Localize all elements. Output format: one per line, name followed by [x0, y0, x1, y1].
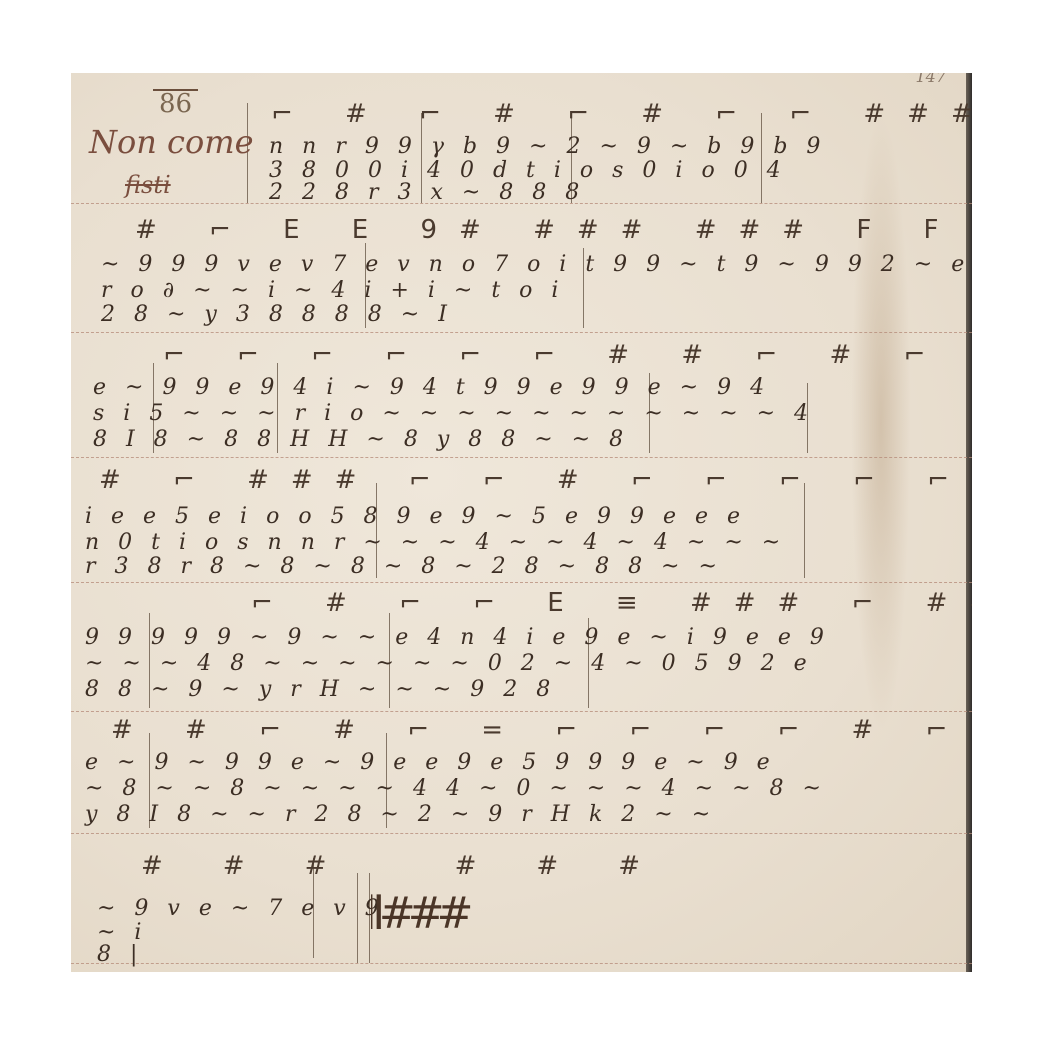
tablature-row: e ~ 9 9 e 9 4 i ~ 9 4 t 9 9 e 9 9 e ~ 9 …	[93, 376, 770, 400]
rhythm-signs: # # ⌐ # ⌐ = ⌐ ⌐ ⌐ ⌐ # ⌐ ⌐ ###	[111, 715, 972, 745]
tablature-row: ~ 8 ~ ~ 8 ~ ~ ~ ~ 4 4 ~ 0 ~ ~ ~ 4 ~ ~ 8 …	[85, 777, 827, 801]
tablature-row: s i 5 ~ ~ ~ r i o ~ ~ ~ ~ ~ ~ ~ ~ ~ ~ ~ …	[93, 402, 814, 426]
rhythm-signs: ⌐ ⌐ ⌐ ⌐ ⌐ ⌐ # # ⌐ # ⌐ ⌐ ⌐ ⌐ ⌐ ⌐ ⌐	[163, 340, 972, 370]
tablature-row: r o ∂ ~ ~ i ~ 4 i + i ~ t o i	[101, 279, 564, 303]
ruled-line	[71, 457, 972, 458]
manuscript-page: 86 Non come fisti 147 ⌐ # ⌐ # ⌐ # ⌐ ⌐ ##…	[71, 73, 972, 972]
tablature-row: ~ 9 9 9 v e v 7 e v n o 7 o i t 9 9 ~ t …	[101, 253, 970, 277]
piece-number: 86	[153, 89, 198, 117]
tablature-row: 8 I 8 ~ 8 8 H H ~ 8 y 8 8 ~ ~ 8	[93, 428, 629, 452]
tablature-row: y 8 I 8 ~ ~ r 2 8 ~ 2 ~ 9 r H k 2 ~ ~	[85, 803, 716, 827]
tablature-row: r 3 8 r 8 ~ 8 ~ 8 ~ 8 ~ 2 8 ~ 8 8 ~ ~	[85, 555, 723, 579]
water-stain	[851, 113, 911, 733]
ruled-line	[71, 833, 972, 834]
rhythm-signs: # ⌐ E E 9# ### ### F F ⌐	[135, 215, 972, 245]
ruled-line	[71, 332, 972, 333]
tablature-row: 8 |	[97, 943, 143, 967]
tablature-row: e ~ 9 ~ 9 9 e ~ 9 e e 9 e 5 9 9 9 e ~ 9 …	[85, 751, 776, 775]
tablature-row: 2 8 ~ y 3 8 8 8 8 ~ I	[101, 303, 453, 327]
ruled-line	[71, 582, 972, 583]
rhythm-signs: # ⌐ ### ⌐ ⌐ # ⌐ ⌐ ⌐ ⌐ ⌐ # ⌐ ⌐ ⌐ # ⌐ #	[99, 465, 972, 495]
tablature-row: 8 8 ~ 9 ~ y r H ~ ~ ~ 9 2 8	[85, 678, 556, 702]
piece-title: Non come	[89, 123, 254, 161]
rhythm-signs: ⌐ # ⌐ ⌐ E ≡ ### ⌐ ### ⌐ # #	[251, 588, 972, 618]
ruled-line	[71, 711, 972, 712]
tablature-row: 2 2 8 r 3 x ~ 8 8 8	[269, 181, 585, 205]
tablature-row: n n r 9 9 γ b 9 ~ 2 ~ 9 ~ b 9 b 9	[269, 135, 826, 159]
rhythm-signs: ⌐ # ⌐ # ⌐ # ⌐ ⌐ ### ### ###	[271, 99, 972, 129]
tablature-row: ~ ~ ~ 4 8 ~ ~ ~ ~ ~ ~ 0 2 ~ 4 ~ 0 5 9 2 …	[85, 652, 813, 676]
tablature-row: n 0 t i o s n n r ~ ~ ~ 4 ~ ~ 4 ~ 4 ~ ~ …	[85, 531, 786, 555]
rhythm-signs: ### ###	[141, 851, 700, 881]
barline	[804, 483, 805, 578]
tablature-row: 9 9 9 9 9 ~ 9 ~ ~ e 4 n 4 i e 9 e ~ i 9 …	[85, 626, 830, 650]
tablature-row: ~ 9 v e ~ 7 e v 9	[97, 897, 385, 921]
piece-title-continuation: fisti	[125, 171, 171, 199]
final-flourish-sign: 𝄂 ###	[371, 888, 465, 939]
ruled-line	[71, 963, 972, 964]
piece-title-block: 86 Non come fisti	[85, 83, 245, 203]
folio-number: 147	[915, 73, 946, 86]
tablature-row: i e e 5 e i o o 5 8 9 e 9 ~ 5 e 9 9 e e …	[85, 505, 746, 529]
binding-edge	[966, 73, 972, 972]
